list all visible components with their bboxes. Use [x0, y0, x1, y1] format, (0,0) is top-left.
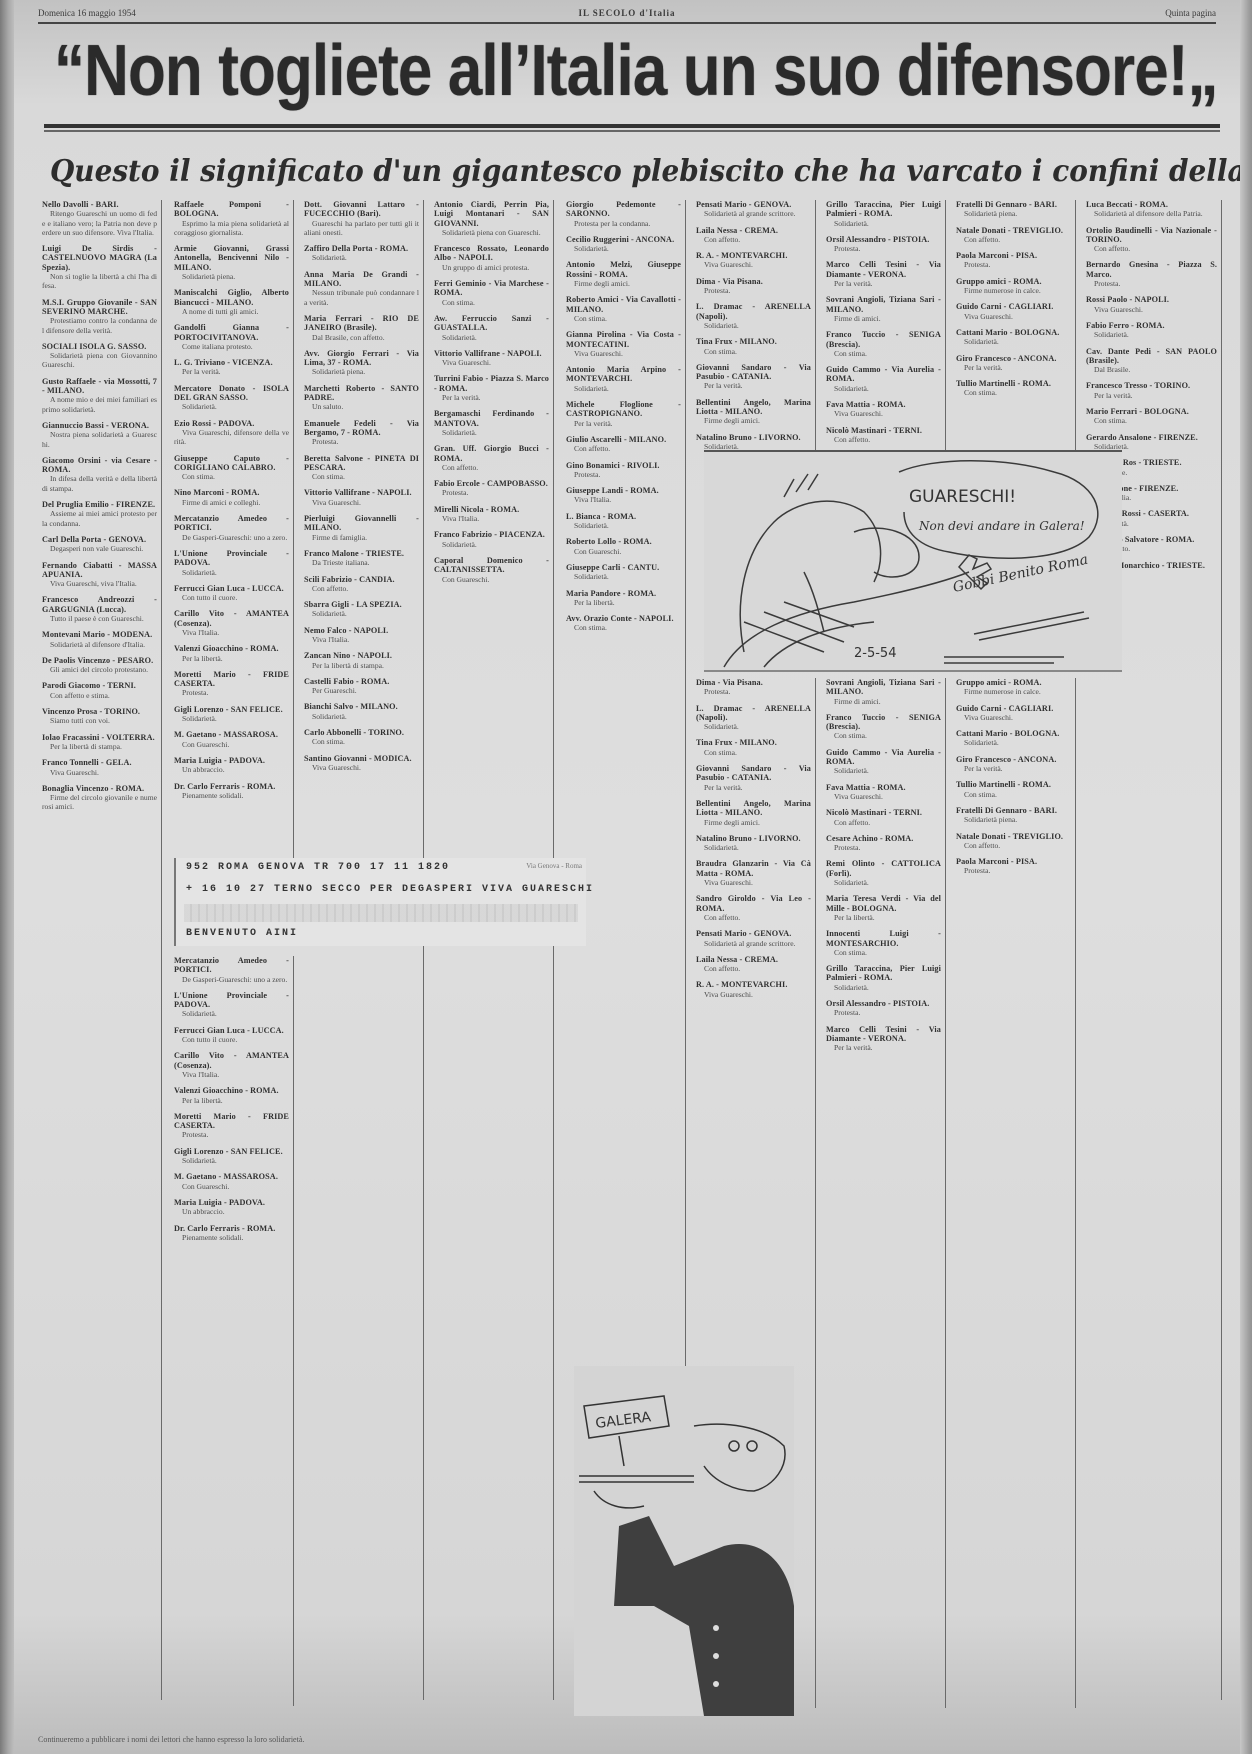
letter-entry: Vittorio Vallifrane - NAPOLI.Viva Guares…	[434, 349, 549, 368]
letter-entry: Antonio Melzi, Giuseppe Rossini - ROMA.F…	[566, 260, 681, 288]
letter-entry: Ferrucci Gian Luca - LUCCA.Con tutto il …	[174, 1026, 289, 1045]
letter-body: Viva l'Italia.	[174, 628, 289, 637]
letter-sender: Mercatore Donato - ISOLA DEL GRAN SASSO.	[174, 384, 289, 403]
letter-entry: Cattani Mario - BOLOGNA.Solidarietà.	[956, 729, 1071, 748]
letter-entry: Tina Frux - MILANO.Con stima.	[696, 738, 811, 757]
letter-sender: Beretta Salvone - PINETA DI PESCARA.	[304, 454, 419, 473]
letter-entry: Maniscalchi Giglio, Alberto Biancucci - …	[174, 288, 289, 316]
letter-body: Con stima.	[434, 298, 549, 307]
letter-sender: Luca Beccati - ROMA.	[1086, 200, 1217, 209]
letter-entry: Carl Della Porta - GENOVA.Degasperi non …	[42, 535, 157, 554]
letter-sender: Sandro Giroldo - Via Leo - ROMA.	[696, 894, 811, 913]
letters-column: Antonio Ciardi, Perrin Pia, Luigi Montan…	[430, 200, 554, 1700]
letter-entry: Orsil Alessandro - PISTOIA.Protesta.	[826, 999, 941, 1018]
letter-body: Siamo tutti con voi.	[42, 716, 157, 725]
letter-sender: Sovrani Angioli, Tiziana Sari - MILANO.	[826, 678, 941, 697]
letter-body: Solidarietà.	[304, 609, 419, 618]
letter-sender: Guido Cammo - Via Aurelia - ROMA.	[826, 365, 941, 384]
letters-column: Raffaele Pomponi - BOLOGNA.Esprimo la mi…	[170, 200, 294, 860]
letter-sender: Ferri Geminio - Via Marchese - ROMA.	[434, 279, 549, 298]
letter-sender: Gusto Raffaele - via Mossotti, 7 - MILAN…	[42, 377, 157, 396]
letter-body: Viva Guareschi.	[304, 763, 419, 772]
letter-body: De Gasperi-Guareschi: uno a zero.	[174, 975, 289, 984]
letter-entry: R. A. - MONTEVARCHI.Viva Guareschi.	[696, 980, 811, 999]
letter-sender: Dima - Via Pisana.	[696, 678, 811, 687]
letter-body: Protesta.	[434, 488, 549, 497]
letter-entry: Mercatanzio Amedeo - PORTICI.De Gasperi-…	[174, 514, 289, 542]
letter-body: Viva l'Italia.	[304, 635, 419, 644]
telegram-tape-strip	[184, 904, 578, 922]
letter-entry: Ferri Geminio - Via Marchese - ROMA.Con …	[434, 279, 549, 307]
letter-body: Solidarietà.	[566, 244, 681, 253]
letter-sender: Guido Cammo - Via Aurelia - ROMA.	[826, 748, 941, 767]
letter-sender: Pensati Mario - GENOVA.	[696, 929, 811, 938]
letter-body: Protesta.	[696, 286, 811, 295]
letter-entry: Laila Nessa - CREMA.Con affetto.	[696, 955, 811, 974]
letter-entry: Giulio Ascarelli - MILANO.Con affetto.	[566, 435, 681, 454]
letter-entry: Guido Carni - CAGLIARI.Viva Guareschi.	[956, 704, 1071, 723]
letter-sender: Cav. Dante Pedi - SAN PAOLO (Brasile).	[1086, 347, 1217, 366]
letter-entry: Iolao Fracassini - VOLTERRA.Per la liber…	[42, 733, 157, 752]
letter-body: Protesta.	[696, 687, 811, 696]
letter-sender: Caporal Domenico - CALTANISSETTA.	[434, 556, 549, 575]
reader-cartoon-guareschi: GUARESCHI! Non devi andare in Galera! Go…	[704, 450, 1122, 672]
letter-sender: Franco Tuccio - SENIGA (Brescia).	[826, 330, 941, 349]
letter-entry: Moretti Mario - FRIDE CASERTA.Protesta.	[174, 1112, 289, 1140]
letter-sender: Giacomo Orsini - via Cesare - ROMA.	[42, 456, 157, 475]
letter-entry: Giorgio Pedemonte - SARONNO.Protesta per…	[566, 200, 681, 228]
letter-body: Firme di amici.	[826, 314, 941, 323]
letter-entry: Zancan Nino - NAPOLI.Per la libertà di s…	[304, 651, 419, 670]
letter-body: Con stima.	[1086, 416, 1217, 425]
letter-sender: Maria Teresa Verdi - Via del Mille - BOL…	[826, 894, 941, 913]
letter-sender: Nicolò Mastinari - TERNI.	[826, 426, 941, 435]
letter-entry: Anna Maria De Grandi - MILANO.Nessun tri…	[304, 270, 419, 307]
letter-sender: Carlo Abbonelli - TORINO.	[304, 728, 419, 737]
letter-body: Solidarietà.	[174, 714, 289, 723]
letter-body: Viva Guareschi.	[696, 260, 811, 269]
letter-body: Firme di amici.	[826, 697, 941, 706]
letter-body: Protesta.	[826, 1008, 941, 1017]
letter-entry: L. Bianca - ROMA.Solidarietà.	[566, 512, 681, 531]
letter-sender: Dr. Carlo Ferraris - ROMA.	[174, 782, 289, 791]
letter-entry: Santino Giovanni - MODICA.Viva Guareschi…	[304, 754, 419, 773]
letter-body: Solidarietà al difensore d'Italia.	[42, 640, 157, 649]
letter-entry: Fava Mattia - ROMA.Viva Guareschi.	[826, 400, 941, 419]
letter-entry: Fratelli Di Gennaro - BARI.Solidarietà p…	[956, 806, 1071, 825]
letter-entry: Turrini Fabio - Piazza S. Marco - ROMA.P…	[434, 374, 549, 402]
letter-body: Con stima.	[696, 347, 811, 356]
letter-entry: Fabio Ferro - ROMA.Solidarietà.	[1086, 321, 1217, 340]
letter-sender: Castelli Fabio - ROMA.	[304, 677, 419, 686]
letter-entry: Guido Cammo - Via Aurelia - ROMA.Solidar…	[826, 365, 941, 393]
letter-body: Solidarietà.	[434, 540, 549, 549]
letter-sender: Ferrucci Gian Luca - LUCCA.	[174, 584, 289, 593]
letter-entry: Luca Beccati - ROMA.Solidarietà al difen…	[1086, 200, 1217, 219]
letter-sender: L. Bianca - ROMA.	[566, 512, 681, 521]
letter-sender: Tina Frux - MILANO.	[696, 738, 811, 747]
letter-body: Con affetto.	[434, 463, 549, 472]
letter-body: Solidarietà al grande scrittore.	[696, 939, 811, 948]
letter-sender: Guido Carni - CAGLIARI.	[956, 302, 1071, 311]
cartoon-date: 2-5-54	[854, 646, 896, 661]
letter-sender: Cattani Mario - BOLOGNA.	[956, 328, 1071, 337]
letter-body: Con affetto.	[696, 913, 811, 922]
letter-entry: Parodi Giacomo - TERNI.Con affetto e sti…	[42, 681, 157, 700]
letter-entry: Franco Tonnelli - GELA.Viva Guareschi.	[42, 758, 157, 777]
letter-sender: Mercatanzio Amedeo - PORTICI.	[174, 514, 289, 533]
letter-sender: Maria Luigia - PADOVA.	[174, 756, 289, 765]
letter-sender: Bianchi Salvo - MILANO.	[304, 702, 419, 711]
letter-entry: Ferrucci Gian Luca - LUCCA.Con tutto il …	[174, 584, 289, 603]
letter-body: Come italiana protesto.	[174, 342, 289, 351]
letter-entry: Del Pruglia Emilio - FIRENZE.Assieme ai …	[42, 500, 157, 528]
letter-sender: Del Pruglia Emilio - FIRENZE.	[42, 500, 157, 509]
letter-entry: Pensati Mario - GENOVA.Solidarietà al gr…	[696, 200, 811, 219]
letter-body: Con tutto il cuore.	[174, 1035, 289, 1044]
letter-entry: Bonaglia Vincenzo - ROMA.Firme del circo…	[42, 784, 157, 812]
letter-sender: Fava Mattia - ROMA.	[826, 400, 941, 409]
letter-sender: L. Dramac - ARENELLA (Napoli).	[696, 302, 811, 321]
letter-body: Solidarietà.	[434, 428, 549, 437]
letter-entry: Maria Pandore - ROMA.Per la libertà.	[566, 589, 681, 608]
letter-sender: Mirelli Nicola - ROMA.	[434, 505, 549, 514]
letter-entry: M. Gaetano - MASSAROSA.Con Guareschi.	[174, 1172, 289, 1191]
letter-entry: Fava Mattia - ROMA.Viva Guareschi.	[826, 783, 941, 802]
letter-sender: Tina Frux - MILANO.	[696, 337, 811, 346]
letter-sender: Braudra Glanzarin - Via Cà Matta - ROMA.	[696, 859, 811, 878]
newspaper-page: Domenica 16 maggio 1954 IL SECOLO d'Ital…	[14, 0, 1240, 1754]
letter-sender: Michele Floglione - CASTROPIGNANO.	[566, 400, 681, 419]
letter-entry: Sovrani Angioli, Tiziana Sari - MILANO.F…	[826, 295, 941, 323]
letter-sender: Marchetti Roberto - SANTO PADRE.	[304, 384, 419, 403]
letter-body: Un saluto.	[304, 402, 419, 411]
letter-body: Per la verità.	[956, 363, 1071, 372]
letter-sender: Bellentini Angelo, Marina Liotta - MILAN…	[696, 398, 811, 417]
letter-body: Viva l'Italia.	[434, 514, 549, 523]
letter-sender: Carillo Vito - AMANTEA (Cosenza).	[174, 609, 289, 628]
letter-body: Solidarietà.	[696, 843, 811, 852]
letter-entry: Michele Floglione - CASTROPIGNANO.Per la…	[566, 400, 681, 428]
letter-sender: Bernardo Gnesina - Piazza S. Marco.	[1086, 260, 1217, 279]
letter-sender: Avv. Giorgio Ferrari - Via Lima, 37 - RO…	[304, 349, 419, 368]
headline-rule	[44, 124, 1220, 128]
letter-sender: Franco Tuccio - SENIGA (Brescia).	[826, 713, 941, 732]
letter-body: Per la libertà.	[174, 654, 289, 663]
letter-body: Con Guareschi.	[434, 575, 549, 584]
letter-body: Con affetto.	[956, 841, 1071, 850]
letter-entry: Roberto Lollo - ROMA.Con Guareschi.	[566, 537, 681, 556]
letter-body: Solidarietà.	[304, 253, 419, 262]
letter-sender: Francesco Andreozzi - GARGUGNIA (Lucca).	[42, 595, 157, 614]
letter-entry: Dott. Giovanni Lattaro - FUCECCHIO (Bari…	[304, 200, 419, 237]
letter-sender: Moretti Mario - FRIDE CASERTA.	[174, 1112, 289, 1131]
letter-body: Guareschi ha parlato per tutti gli itali…	[304, 219, 419, 238]
letter-sender: Emanuele Fedeli - Via Bergamo, 7 - ROMA.	[304, 419, 419, 438]
letter-sender: Dott. Giovanni Lattaro - FUCECCHIO (Bari…	[304, 200, 419, 219]
letter-entry: Fabio Ercole - CAMPOBASSO.Protesta.	[434, 479, 549, 498]
letter-sender: Gandolfi Gianna - PORTOCIVITANOVA.	[174, 323, 289, 342]
letter-sender: Orsil Alessandro - PISTOIA.	[826, 235, 941, 244]
letter-entry: Bellentini Angelo, Marina Liotta - MILAN…	[696, 398, 811, 426]
letter-sender: Marco Celli Tesini - Via Diamante - VERO…	[826, 260, 941, 279]
letter-body: Dal Brasile, con affetto.	[304, 333, 419, 342]
letters-column: Grillo Taraccina, Pier Luigi Palmieri - …	[822, 200, 946, 450]
letter-body: Solidarietà.	[956, 337, 1071, 346]
letter-sender: Iolao Fracassini - VOLTERRA.	[42, 733, 157, 742]
letter-sender: Laila Nessa - CREMA.	[696, 955, 811, 964]
letter-body: Con stima.	[566, 623, 681, 632]
letter-sender: Cesare Achino - ROMA.	[826, 834, 941, 843]
letter-body: Viva Guareschi.	[304, 498, 419, 507]
letter-body: Per la libertà.	[826, 913, 941, 922]
letter-entry: Rossi Paolo - NAPOLI.Viva Guareschi.	[1086, 295, 1217, 314]
letter-entry: Maria Teresa Verdi - Via del Mille - BOL…	[826, 894, 941, 922]
letter-sender: Franco Malone - TRIESTE.	[304, 549, 419, 558]
letter-entry: Grillo Taraccina, Pier Luigi Palmieri - …	[826, 964, 941, 992]
letter-sender: L. G. Triviano - VICENZA.	[174, 358, 289, 367]
letter-entry: Cecilio Ruggerini - ANCONA.Solidarietà.	[566, 235, 681, 254]
folio-date: Domenica 16 maggio 1954	[38, 8, 136, 18]
letter-body: Con affetto.	[826, 435, 941, 444]
letter-sender: Maria Luigia - PADOVA.	[174, 1198, 289, 1207]
letter-sender: Natalino Bruno - LIVORNO.	[696, 834, 811, 843]
letter-sender: Ferrucci Gian Luca - LUCCA.	[174, 1026, 289, 1035]
letter-sender: Nino Marconi - ROMA.	[174, 488, 289, 497]
letter-entry: Aw. Ferruccio Sanzi - GUASTALLA.Solidari…	[434, 314, 549, 342]
letter-body: Nostra piena solidarietà a Guareschi.	[42, 430, 157, 449]
letter-sender: Ezio Rossi - PADOVA.	[174, 419, 289, 428]
letter-sender: Bellentini Angelo, Marina Liotta - MILAN…	[696, 799, 811, 818]
letter-body: Firme degli amici.	[696, 818, 811, 827]
letter-sender: Gran. Uff. Giorgio Bucci - ROMA.	[434, 444, 549, 463]
letter-sender: Roberto Lollo - ROMA.	[566, 537, 681, 546]
letter-sender: Scili Fabrizio - CANDIA.	[304, 575, 419, 584]
letter-entry: Nino Marconi - ROMA.Firme di amici e col…	[174, 488, 289, 507]
letter-sender: Fabio Ferro - ROMA.	[1086, 321, 1217, 330]
letter-body: Firme numerose in calce.	[956, 286, 1071, 295]
letter-body: Solidarietà.	[826, 384, 941, 393]
letter-sender: Fava Mattia - ROMA.	[826, 783, 941, 792]
letter-sender: Cattani Mario - BOLOGNA.	[956, 729, 1071, 738]
letter-entry: Montevani Mario - MODENA.Solidarietà al …	[42, 630, 157, 649]
letter-entry: Roberto Amici - Via Cavallotti - MILANO.…	[566, 295, 681, 323]
letter-entry: Giuseppe Carli - CANTU.Solidarietà.	[566, 563, 681, 582]
letter-entry: Gino Bonamici - RIVOLI.Protesta.	[566, 461, 681, 480]
letters-column-continued: Mercatanzio Amedeo - PORTICI.De Gasperi-…	[170, 956, 294, 1706]
letter-sender: Bergamaschi Ferdinando - MANTOVA.	[434, 409, 549, 428]
letter-sender: Fratelli Di Gennaro - BARI.	[956, 806, 1071, 815]
letter-body: Ritengo Guareschi un uomo di fede e ital…	[42, 209, 157, 237]
letter-entry: Bernardo Gnesina - Piazza S. Marco.Prote…	[1086, 260, 1217, 288]
telegram-stamp: Via Genova - Roma	[526, 862, 582, 870]
letter-body: Viva Guareschi.	[826, 409, 941, 418]
letter-sender: R. A. - MONTEVARCHI.	[696, 980, 811, 989]
letter-body: Solidarietà piena.	[956, 209, 1071, 218]
letter-sender: Valenzi Gioacchino - ROMA.	[174, 1086, 289, 1095]
letter-entry: Cattani Mario - BOLOGNA.Solidarietà.	[956, 328, 1071, 347]
letter-body: Per la verità.	[826, 1043, 941, 1052]
letter-sender: Natale Donati - TREVIGLIO.	[956, 226, 1071, 235]
letter-sender: Giuseppe Landi - ROMA.	[566, 486, 681, 495]
letter-sender: Valenzi Gioacchino - ROMA.	[174, 644, 289, 653]
letter-sender: Roberto Amici - Via Cavallotti - MILANO.	[566, 295, 681, 314]
letter-entry: L. Dramac - ARENELLA (Napoli).Solidariet…	[696, 302, 811, 330]
letter-entry: Gianna Pirolina - Via Costa - MONTECATIN…	[566, 330, 681, 358]
letter-body: Viva Guareschi.	[696, 878, 811, 887]
letter-entry: Nicolò Mastinari - TERNI.Con affetto.	[826, 426, 941, 445]
letter-sender: Marco Celli Tesini - Via Diamante - VERO…	[826, 1025, 941, 1044]
letter-sender: Giannuccio Bassi - VERONA.	[42, 421, 157, 430]
letter-entry: Pensati Mario - GENOVA.Solidarietà al gr…	[696, 929, 811, 948]
letter-entry: Zaffiro Della Porta - ROMA.Solidarietà.	[304, 244, 419, 263]
letters-column-continued: Sovrani Angioli, Tiziana Sari - MILANO.F…	[822, 678, 946, 1708]
letter-sender: Giovanni Sandaro - Via Pasubio - CATANIA…	[696, 363, 811, 382]
letter-body: Viva Guareschi.	[696, 990, 811, 999]
letter-body: De Gasperi-Guareschi: uno a zero.	[174, 533, 289, 542]
cartoon-waiter-galera: GALERA	[574, 1366, 794, 1716]
letter-entry: Marco Celli Tesini - Via Diamante - VERO…	[826, 1025, 941, 1053]
letters-column-continued: Gruppo amici - ROMA.Firme numerose in ca…	[952, 678, 1076, 1708]
letter-sender: De Paolis Vincenzo - PESARO.	[42, 656, 157, 665]
letter-body: Protesta.	[956, 866, 1071, 875]
letter-entry: Bianchi Salvo - MILANO.Solidarietà.	[304, 702, 419, 721]
letter-entry: Francesco Tresso - TORINO.Per la verità.	[1086, 381, 1217, 400]
letter-entry: Cesare Achino - ROMA.Protesta.	[826, 834, 941, 853]
letter-body: Assieme ai miei amici protesto per la co…	[42, 509, 157, 528]
letter-body: Solidarietà.	[304, 712, 419, 721]
letter-entry: Tullio Martinelli - ROMA.Con stima.	[956, 780, 1071, 799]
letter-sender: M. Gaetano - MASSAROSA.	[174, 730, 289, 739]
letter-entry: Gruppo amici - ROMA.Firme numerose in ca…	[956, 277, 1071, 296]
letter-body: Viva Guareschi.	[42, 768, 157, 777]
letter-sender: Giuseppe Caputo - CORIGLIANO CALABRO.	[174, 454, 289, 473]
letter-entry: Natale Donati - TREVIGLIO.Con affetto.	[956, 226, 1071, 245]
letter-body: Tutto il paese è con Guareschi.	[42, 614, 157, 623]
letter-entry: Fratelli Di Gennaro - BARI.Solidarietà p…	[956, 200, 1071, 219]
letter-sender: Tullio Martinelli - ROMA.	[956, 780, 1071, 789]
letter-sender: Bonaglia Vincenzo - ROMA.	[42, 784, 157, 793]
letter-entry: Maria Ferrari - RIO DE JANEIRO (Brasile)…	[304, 314, 419, 342]
telegram-reproduction: 952 ROMA GENOVA TR 700 17 11 1820 Via Ge…	[174, 858, 586, 946]
letter-entry: Giacomo Orsini - via Cesare - ROMA.In di…	[42, 456, 157, 493]
letter-body: Con stima.	[956, 790, 1071, 799]
letter-entry: Giro Francesco - ANCONA.Per la verità.	[956, 354, 1071, 373]
folio-masthead: IL SECOLO d'Italia	[578, 8, 675, 18]
letter-body: Con stima.	[956, 388, 1071, 397]
letter-body: Solidarietà.	[174, 1156, 289, 1165]
letter-body: Firme di famiglia.	[304, 533, 419, 542]
letter-body: Con stima.	[174, 472, 289, 481]
letter-body: In difesa della verità e della libertà d…	[42, 474, 157, 493]
letter-sender: Nemo Falco - NAPOLI.	[304, 626, 419, 635]
letter-body: Per la verità.	[956, 764, 1071, 773]
letter-entry: Innocenti Luigi - MONTESARCHIO.Con stima…	[826, 929, 941, 957]
letter-body: Per la libertà.	[174, 1096, 289, 1105]
letter-sender: Moretti Mario - FRIDE CASERTA.	[174, 670, 289, 689]
letter-body: Per la verità.	[434, 393, 549, 402]
letter-body: Viva l'Italia.	[174, 1070, 289, 1079]
letter-entry: Ortolio Baudinelli - Via Nazionale - TOR…	[1086, 226, 1217, 254]
letter-body: Per la verità.	[566, 419, 681, 428]
letter-sender: Zancan Nino - NAPOLI.	[304, 651, 419, 660]
letter-entry: Marco Celli Tesini - Via Diamante - VERO…	[826, 260, 941, 288]
letter-body: Per la libertà.	[566, 598, 681, 607]
letter-body: Per la libertà di stampa.	[304, 661, 419, 670]
letter-sender: Grillo Taraccina, Pier Luigi Palmieri - …	[826, 200, 941, 219]
letter-body: Con affetto e stima.	[42, 691, 157, 700]
letter-entry: M.S.I. Gruppo Giovanile - SAN SEVERINO M…	[42, 298, 157, 335]
letter-entry: Giannuccio Bassi - VERONA.Nostra piena s…	[42, 421, 157, 449]
letter-entry: Maria Luigia - PADOVA.Un abbraccio.	[174, 756, 289, 775]
letter-body: Per Guareschi.	[304, 686, 419, 695]
letter-entry: Maria Luigia - PADOVA.Un abbraccio.	[174, 1198, 289, 1217]
letter-entry: De Paolis Vincenzo - PESARO.Gli amici de…	[42, 656, 157, 675]
letter-entry: Mercatore Donato - ISOLA DEL GRAN SASSO.…	[174, 384, 289, 412]
letter-entry: M. Gaetano - MASSAROSA.Con Guareschi.	[174, 730, 289, 749]
galera-sign-text: GALERA	[595, 1409, 653, 1432]
letters-column: Nello Davolli - BARI.Ritengo Guareschi u…	[38, 200, 162, 1700]
letter-entry: L. G. Triviano - VICENZA.Per la verità.	[174, 358, 289, 377]
letter-sender: Natalino Bruno - LIVORNO.	[696, 433, 811, 442]
letter-entry: Dima - Via Pisana.Protesta.	[696, 678, 811, 697]
letter-entry: Grillo Taraccina, Pier Luigi Palmieri - …	[826, 200, 941, 228]
letter-body: Per la verità.	[174, 367, 289, 376]
letter-body: Protesta.	[174, 1130, 289, 1139]
letter-entry: Antonio Maria Arpino - MONTEVARCHI.Solid…	[566, 365, 681, 393]
letter-body: Con stima.	[826, 731, 941, 740]
letter-entry: Armie Giovanni, Grassi Antonella, Benciv…	[174, 244, 289, 281]
letter-entry: Emanuele Fedeli - Via Bergamo, 7 - ROMA.…	[304, 419, 419, 447]
letter-body: Solidarietà.	[696, 321, 811, 330]
letter-body: Protesta.	[826, 244, 941, 253]
letter-sender: Grillo Taraccina, Pier Luigi Palmieri - …	[826, 964, 941, 983]
letter-sender: Gino Bonamici - RIVOLI.	[566, 461, 681, 470]
footer-note: Continueremo a pubblicare i nomi dei let…	[38, 1735, 304, 1744]
letter-body: Pienamente solidali.	[174, 1233, 289, 1242]
letter-body: Viva Guareschi, difensore della verità.	[174, 428, 289, 447]
letter-sender: Vittorio Vallifrane - NAPOLI.	[304, 488, 419, 497]
letter-entry: Avv. Giorgio Ferrari - Via Lima, 37 - RO…	[304, 349, 419, 377]
letter-entry: Giovanni Sandaro - Via Pasubio - CATANIA…	[696, 363, 811, 391]
letter-body: Protesta.	[1086, 279, 1217, 288]
letter-sender: Montevani Mario - MODENA.	[42, 630, 157, 639]
letter-entry: Mercatanzio Amedeo - PORTICI.De Gasperi-…	[174, 956, 289, 984]
letter-body: Esprimo la mia piena solidarietà al cora…	[174, 219, 289, 238]
letter-entry: Giovanni Sandaro - Via Pasubio - CATANIA…	[696, 764, 811, 792]
letter-entry: Franco Fabrizio - PIACENZA.Solidarietà.	[434, 530, 549, 549]
letter-body: Solidarietà.	[174, 568, 289, 577]
letter-body: Solidarietà.	[174, 402, 289, 411]
letter-sender: Luigi De Sirdis - CASTELNUOVO MAGRA (La …	[42, 244, 157, 272]
letter-entry: Valenzi Gioacchino - ROMA.Per la libertà…	[174, 1086, 289, 1105]
letter-entry: Gandolfi Gianna - PORTOCIVITANOVA.Come i…	[174, 323, 289, 351]
letter-entry: Sovrani Angioli, Tiziana Sari - MILANO.F…	[826, 678, 941, 706]
letter-entry: Dima - Via Pisana.Protesta.	[696, 277, 811, 296]
letter-body: Con stima.	[826, 948, 941, 957]
letter-entry: Nicolò Mastinari - TERNI.Con affetto.	[826, 808, 941, 827]
letters-column: Dott. Giovanni Lattaro - FUCECCHIO (Bari…	[300, 200, 424, 1700]
letter-entry: Marchetti Roberto - SANTO PADRE.Un salut…	[304, 384, 419, 412]
letter-sender: Sovrani Angioli, Tiziana Sari - MILANO.	[826, 295, 941, 314]
letter-sender: Natale Donati - TREVIGLIO.	[956, 832, 1071, 841]
letter-body: Per la verità.	[826, 279, 941, 288]
letter-sender: Sbarra Gigli - LA SPEZIA.	[304, 600, 419, 609]
letter-body: Viva Guareschi.	[956, 312, 1071, 321]
letter-body: Con affetto.	[1086, 244, 1217, 253]
letter-sender: Guido Carni - CAGLIARI.	[956, 704, 1071, 713]
letter-sender: Mercatanzio Amedeo - PORTICI.	[174, 956, 289, 975]
